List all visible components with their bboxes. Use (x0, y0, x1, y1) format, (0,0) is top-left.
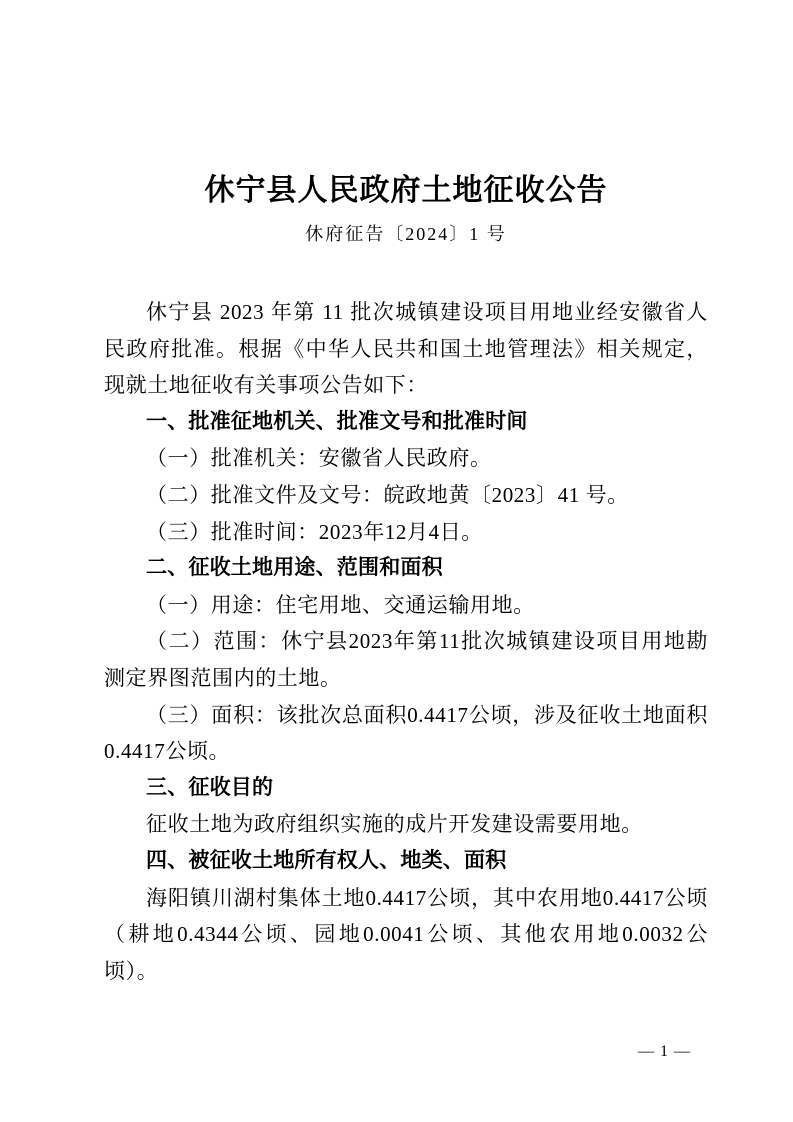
document-title: 休宁县人民政府土地征收公告 (104, 170, 708, 212)
section-3-heading: 三、征收目的 (104, 770, 708, 807)
section-1-item-1: （一）批准机关：安徽省人民政府。 (104, 440, 708, 477)
intro-paragraph: 休宁县 2023 年第 11 批次城镇建设项目用地业经安徽省人民政府批准。根据《… (104, 294, 708, 404)
section-2-item-2: （二）范围：休宁县2023年第11批次城镇建设项目用地勘测定界图范围内的土地。 (104, 623, 708, 696)
section-4-heading: 四、被征收土地所有权人、地类、面积 (104, 843, 708, 880)
section-1-item-2: （二）批准文件及文号：皖政地黄〔2023〕41 号。 (104, 477, 708, 514)
page-number: — 1 — (638, 1042, 691, 1062)
document-page: 休宁县人民政府土地征收公告 休府征告〔2024〕1 号 休宁县 2023 年第 … (0, 0, 793, 1122)
section-4-body: 海阳镇川湖村集体土地0.4417公顷，其中农用地0.4417公顷（耕地0.434… (104, 880, 708, 990)
section-3-body: 征收土地为政府组织实施的成片开发建设需要用地。 (104, 806, 708, 843)
section-2-item-3: （三）面积：该批次总面积0.4417公顷，涉及征收土地面积0.4417公顷。 (104, 697, 708, 770)
section-2-heading: 二、征收土地用途、范围和面积 (104, 550, 708, 587)
section-2-item-1: （一）用途：住宅用地、交通运输用地。 (104, 587, 708, 624)
section-1-heading: 一、批准征地机关、批准文号和批准时间 (104, 404, 708, 441)
document-body: 休宁县 2023 年第 11 批次城镇建设项目用地业经安徽省人民政府批准。根据《… (104, 294, 708, 989)
section-1-item-3: （三）批准时间：2023年12月4日。 (104, 514, 708, 551)
document-number: 休府征告〔2024〕1 号 (104, 222, 708, 246)
